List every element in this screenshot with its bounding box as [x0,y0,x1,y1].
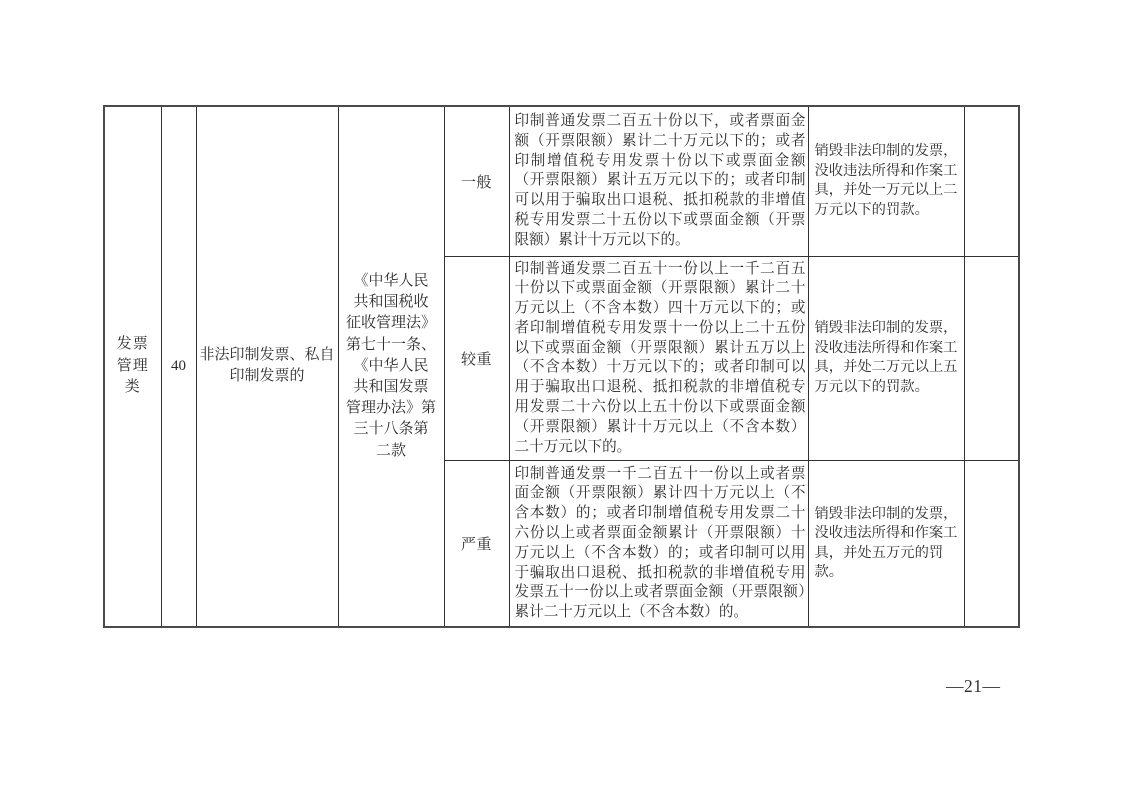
detail-cell: 印制普通发票二百五十一份以上一千二百五十份以下或票面金额（开票限额）累计二十万元… [509,256,808,461]
table-row: 发票管理类 40 非法印制发票、私自印制发票的 《中华人民共和国税收征收管理法》… [104,106,1019,256]
empty-cell [964,106,1019,256]
penalty-table: 发票管理类 40 非法印制发票、私自印制发票的 《中华人民共和国税收征收管理法》… [103,105,1020,628]
severity-cell: 较重 [444,256,509,461]
penalty-cell: 销毁非法印制的发票，没收违法所得和作案工具，并处五万元的罚款。 [808,461,964,627]
page-number: —21— [946,676,1001,697]
detail-cell: 印制普通发票一千二百五十一份以上或者票面金额（开票限额）累计四十万元以上（不含本… [509,461,808,627]
severity-cell: 严重 [444,461,509,627]
empty-cell [964,256,1019,461]
empty-cell [964,461,1019,627]
violation-cell: 非法印制发票、私自印制发票的 [196,106,338,627]
legal-basis-cell: 《中华人民共和国税收征收管理法》第七十一条、《中华人民共和国发票管理办法》第三十… [338,106,444,627]
penalty-cell: 销毁非法印制的发票，没收违法所得和作案工具，并处一万元以上二万元以下的罚款。 [808,106,964,256]
category-cell: 发票管理类 [104,106,161,627]
detail-cell: 印制普通发票二百五十份以下，或者票面金额（开票限额）累计二十万元以下的；或者印制… [509,106,808,256]
severity-cell: 一般 [444,106,509,256]
serial-cell: 40 [161,106,196,627]
penalty-cell: 销毁非法印制的发票，没收违法所得和作案工具，并处二万元以上五万元以下的罚款。 [808,256,964,461]
